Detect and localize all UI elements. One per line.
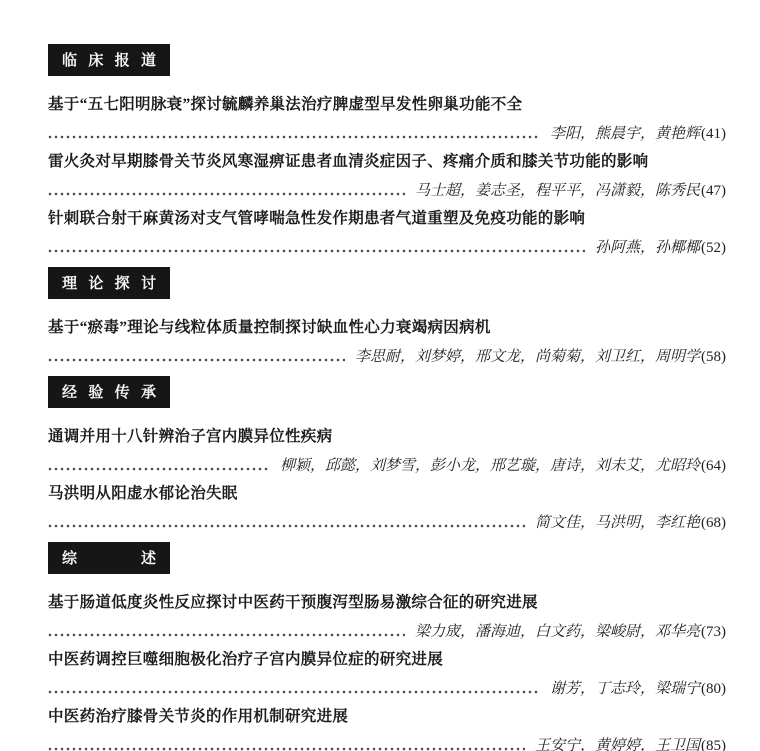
article-authors: 李阳，熊晨宇，黄艳辉 — [550, 122, 700, 143]
article-title: 马洪明从阳虚水郁论治失眠 — [48, 485, 726, 503]
article-title: 针刺联合射干麻黄汤对支气管哮喘急性发作期患者气道重塑及免疫功能的影响 — [48, 210, 726, 228]
dot-leader — [48, 632, 405, 638]
article-authors: 马士超，姜志圣，程平平，冯潇毅，陈秀民 — [415, 179, 700, 200]
toc-article: 基于“五七阳明脉衰”探讨毓麟养巢法治疗脾虚型早发性卵巢功能不全 李阳，熊晨宇，黄… — [48, 96, 726, 143]
section-badge: 综述 — [48, 542, 170, 574]
article-page-number: (41) — [701, 126, 726, 143]
article-author-line: 马士超，姜志圣，程平平，冯潇毅，陈秀民(47) — [48, 183, 726, 200]
toc-article: 通调并用十八针辨治子宫内膜异位性疾病 柳颖，邱懿，刘梦雪，彭小龙，邢艺璇，唐诗，… — [48, 428, 726, 475]
toc-article: 雷火灸对早期膝骨关节炎风寒湿痹证患者血清炎症因子、疼痛介质和膝关节功能的影响 马… — [48, 153, 726, 200]
dot-leader — [48, 134, 540, 140]
toc-article: 马洪明从阳虚水郁论治失眠 简文佳，马洪明，李红艳(68) — [48, 485, 726, 532]
article-page-number: (80) — [701, 681, 726, 698]
toc-section-clinical-reports: 临床报道 基于“五七阳明脉衰”探讨毓麟养巢法治疗脾虚型早发性卵巢功能不全 李阳，… — [48, 44, 726, 257]
dot-leader — [48, 248, 585, 254]
article-title: 基于“瘀毒”理论与线粒体质量控制探讨缺血性心力衰竭病因病机 — [48, 319, 726, 337]
toc-article: 中医药治疗膝骨关节炎的作用机制研究进展 王安宁，黄婷婷，王卫国(85) — [48, 708, 726, 751]
toc-page: 临床报道 基于“五七阳明脉衰”探讨毓麟养巢法治疗脾虚型早发性卵巢功能不全 李阳，… — [0, 0, 760, 751]
article-authors: 王安宁，黄婷婷，王卫国 — [535, 734, 700, 751]
article-page-number: (52) — [701, 240, 726, 257]
dot-leader — [48, 191, 405, 197]
section-badge-label: 经验传承 — [62, 381, 156, 402]
article-author-line: 谢芳，丁志玲，梁瑞宁(80) — [48, 681, 726, 698]
article-title: 基于肠道低度炎性反应探讨中医药干预腹泻型肠易激综合征的研究进展 — [48, 594, 726, 612]
article-page-number: (68) — [701, 515, 726, 532]
toc-article: 针刺联合射干麻黄汤对支气管哮喘急性发作期患者气道重塑及免疫功能的影响 孙阿燕，孙… — [48, 210, 726, 257]
article-page-number: (58) — [701, 349, 726, 366]
article-title: 中医药治疗膝骨关节炎的作用机制研究进展 — [48, 708, 726, 726]
article-title: 雷火灸对早期膝骨关节炎风寒湿痹证患者血清炎症因子、疼痛介质和膝关节功能的影响 — [48, 153, 726, 171]
article-author-line: 李阳，熊晨宇，黄艳辉(41) — [48, 126, 726, 143]
article-authors: 柳颖，邱懿，刘梦雪，彭小龙，邢艺璇，唐诗，刘未艾，尤昭玲 — [280, 454, 700, 475]
dot-leader — [48, 466, 270, 472]
article-author-line: 梁力宬，潘海迪，白文药，梁峻尉，邓华亮(73) — [48, 624, 726, 641]
article-title: 中医药调控巨噬细胞极化治疗子宫内膜异位症的研究进展 — [48, 651, 726, 669]
article-authors: 谢芳，丁志玲，梁瑞宁 — [550, 677, 700, 698]
article-author-line: 简文佳，马洪明，李红艳(68) — [48, 515, 726, 532]
article-page-number: (47) — [701, 183, 726, 200]
article-title: 基于“五七阳明脉衰”探讨毓麟养巢法治疗脾虚型早发性卵巢功能不全 — [48, 96, 726, 114]
toc-section-experience-inheritance: 经验传承 通调并用十八针辨治子宫内膜异位性疾病 柳颖，邱懿，刘梦雪，彭小龙，邢艺… — [48, 376, 726, 532]
article-page-number: (73) — [701, 624, 726, 641]
section-badge: 理论探讨 — [48, 267, 170, 299]
article-authors: 梁力宬，潘海迪，白文药，梁峻尉，邓华亮 — [415, 620, 700, 641]
article-authors: 李思耐，刘梦婷，邢文龙，尚菊菊，刘卫红，周明学 — [355, 345, 700, 366]
toc-section-review: 综述 基于肠道低度炎性反应探讨中医药干预腹泻型肠易激综合征的研究进展 梁力宬，潘… — [48, 542, 726, 751]
toc-article: 基于“瘀毒”理论与线粒体质量控制探讨缺血性心力衰竭病因病机 李思耐，刘梦婷，邢文… — [48, 319, 726, 366]
toc-section-theory-discussion: 理论探讨 基于“瘀毒”理论与线粒体质量控制探讨缺血性心力衰竭病因病机 李思耐，刘… — [48, 267, 726, 366]
article-author-line: 王安宁，黄婷婷，王卫国(85) — [48, 738, 726, 751]
article-authors: 简文佳，马洪明，李红艳 — [535, 511, 700, 532]
article-title: 通调并用十八针辨治子宫内膜异位性疾病 — [48, 428, 726, 446]
toc-article: 基于肠道低度炎性反应探讨中医药干预腹泻型肠易激综合征的研究进展 梁力宬，潘海迪，… — [48, 594, 726, 641]
dot-leader — [48, 523, 525, 529]
article-author-line: 孙阿燕，孙椰椰(52) — [48, 240, 726, 257]
dot-leader — [48, 746, 525, 751]
article-authors: 孙阿燕，孙椰椰 — [595, 236, 700, 257]
article-author-line: 李思耐，刘梦婷，邢文龙，尚菊菊，刘卫红，周明学(58) — [48, 349, 726, 366]
section-badge-label: 临床报道 — [62, 49, 156, 70]
article-page-number: (85) — [701, 738, 726, 751]
section-badge: 经验传承 — [48, 376, 170, 408]
dot-leader — [48, 689, 540, 695]
toc-article: 中医药调控巨噬细胞极化治疗子宫内膜异位症的研究进展 谢芳，丁志玲，梁瑞宁(80) — [48, 651, 726, 698]
section-badge-label: 综述 — [62, 547, 156, 568]
article-page-number: (64) — [701, 458, 726, 475]
dot-leader — [48, 357, 345, 363]
section-badge-label: 理论探讨 — [62, 272, 156, 293]
article-author-line: 柳颖，邱懿，刘梦雪，彭小龙，邢艺璇，唐诗，刘未艾，尤昭玲(64) — [48, 458, 726, 475]
section-badge: 临床报道 — [48, 44, 170, 76]
